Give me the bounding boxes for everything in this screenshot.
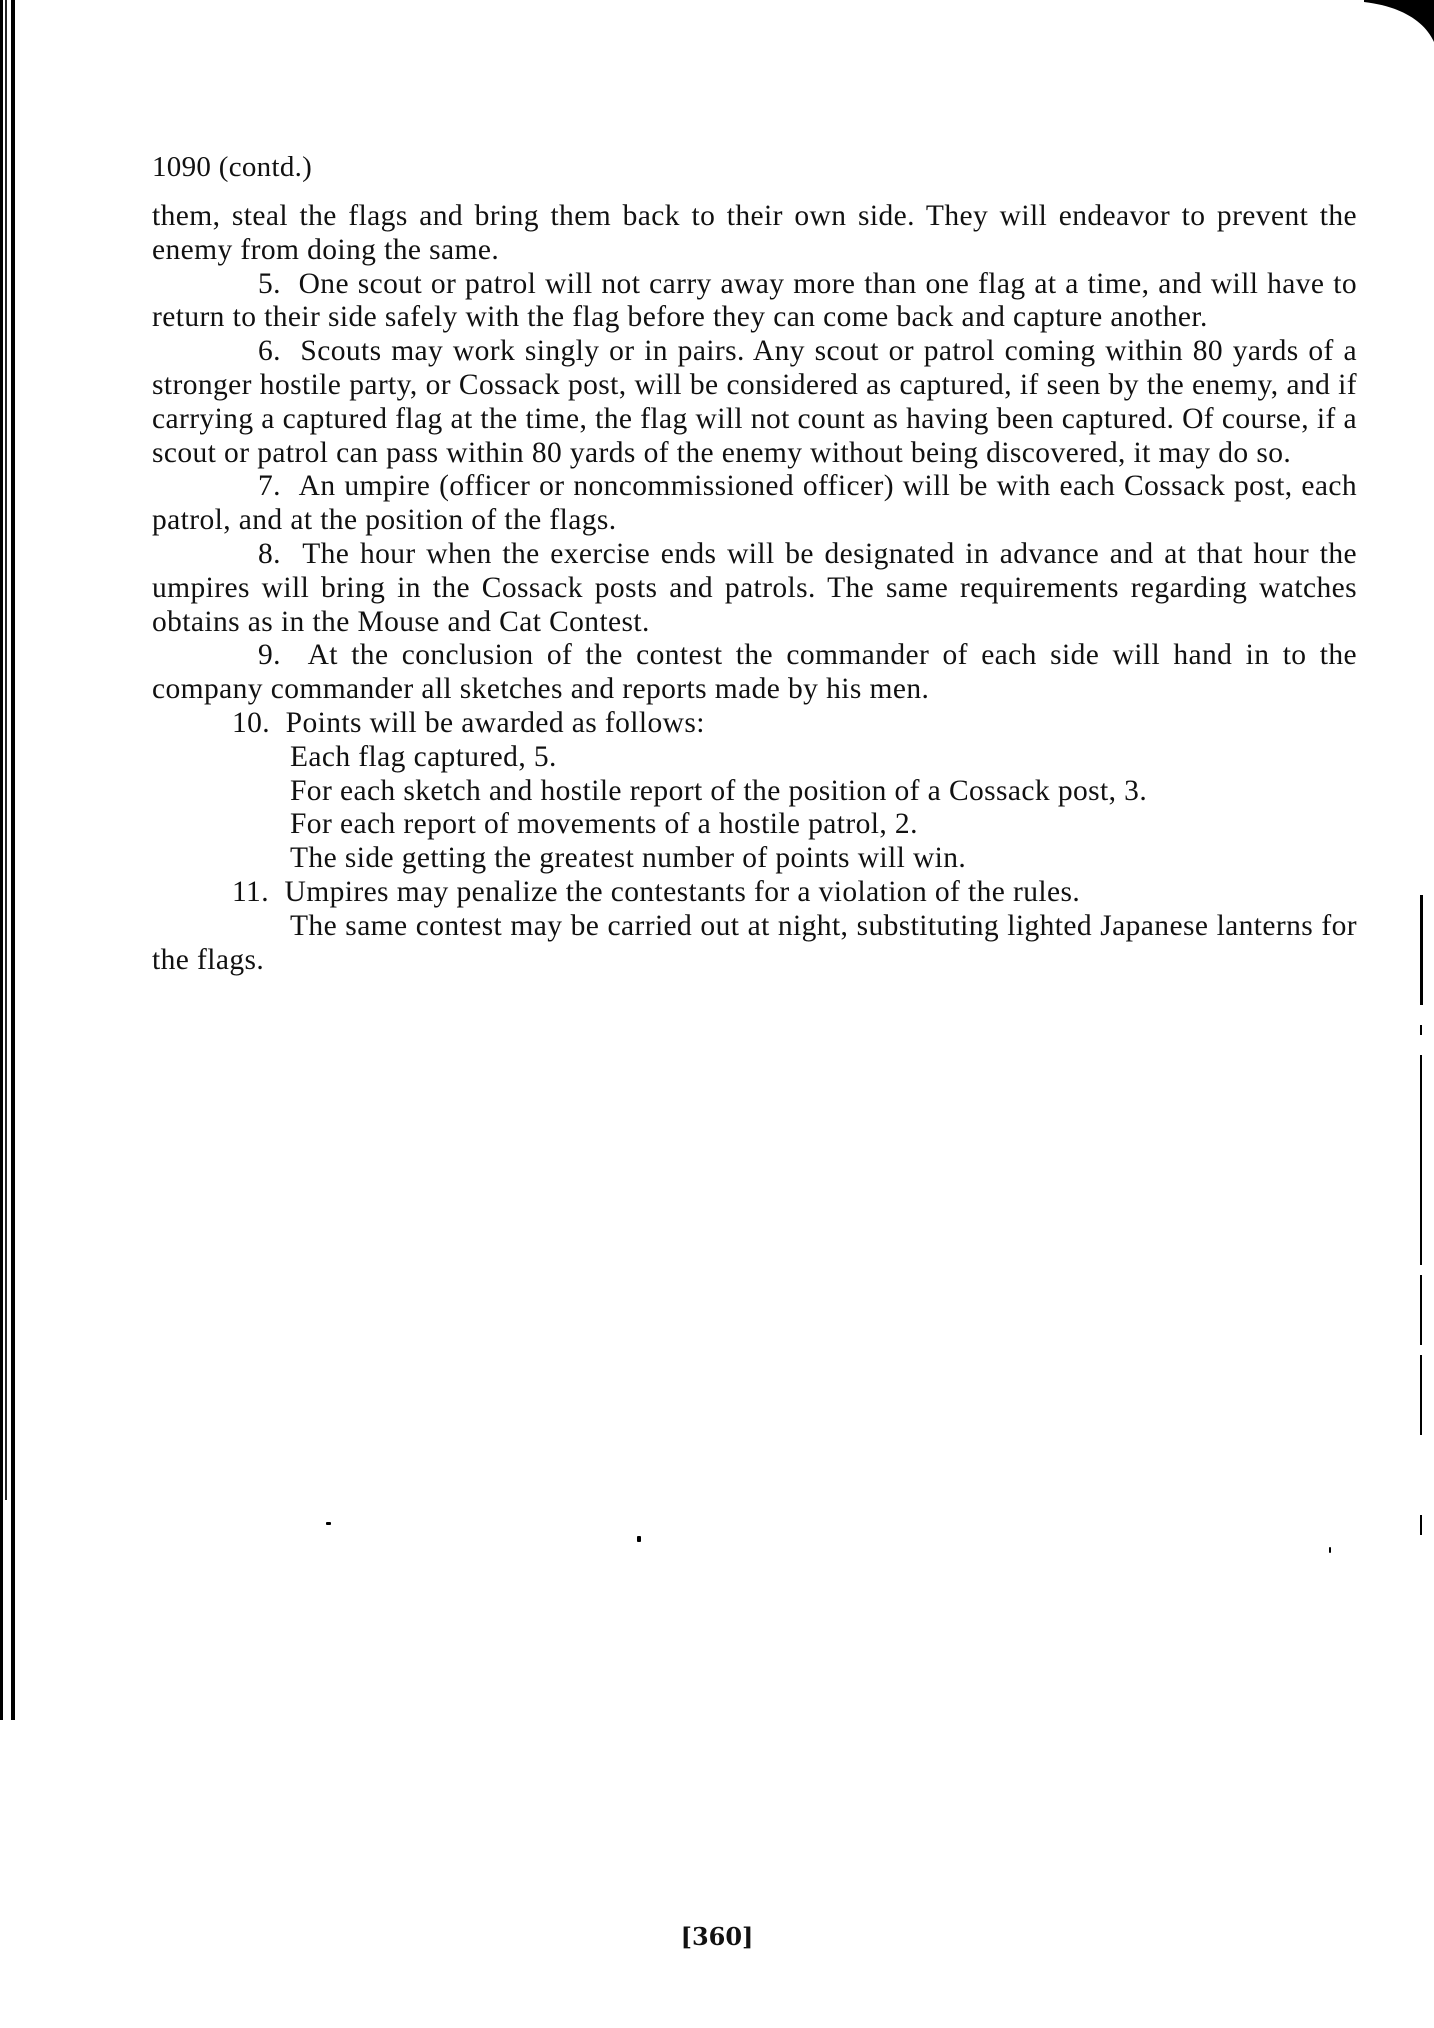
points-item: The side getting the greatest number of …	[152, 842, 1357, 876]
page-number: [360]	[0, 1922, 1434, 1951]
speck-artifact	[637, 1536, 641, 1542]
paragraph-number: 8.	[205, 538, 281, 572]
paragraph-text: One scout or patrol will not carry away …	[152, 268, 1357, 334]
paragraph-6: 6. Scouts may work singly or in pairs. A…	[152, 335, 1357, 470]
scan-edge-artifact	[0, 0, 20, 1720]
closing-paragraph: The same contest may be carried out at n…	[152, 910, 1357, 978]
margin-line-artifact	[1420, 895, 1423, 1555]
paragraph-number: 6.	[205, 335, 281, 369]
paragraph-5: 5. One scout or patrol will not carry aw…	[152, 268, 1357, 336]
paragraph-text: Umpires may penalize the contestants for…	[285, 876, 1081, 908]
document-body: them, steal the flags and bring them bac…	[152, 200, 1357, 977]
corner-fold-artifact	[1364, 0, 1434, 42]
points-item: For each report of movements of a hostil…	[152, 808, 1357, 842]
paragraph-11: 11. Umpires may penalize the contestants…	[152, 876, 1357, 910]
paragraph-text: Points will be awarded as follows:	[286, 707, 705, 739]
speck-artifact	[326, 1522, 331, 1525]
paragraph-text: Scouts may work singly or in pairs. Any …	[152, 335, 1357, 468]
document-page: 1090 (contd.) them, steal the flags and …	[152, 150, 1357, 977]
paragraph-text: At the conclusion of the contest the com…	[152, 639, 1357, 705]
speck-artifact	[1329, 1547, 1331, 1553]
points-item: Each flag captured, 5.	[152, 741, 1357, 775]
paragraph-9: 9. At the conclusion of the contest the …	[152, 639, 1357, 707]
paragraph-number: 9.	[205, 639, 281, 673]
paragraph-10: 10. Points will be awarded as follows:	[152, 707, 1357, 741]
paragraph-8: 8. The hour when the exercise ends will …	[152, 538, 1357, 639]
paragraph-text: An umpire (officer or noncommissioned of…	[152, 470, 1357, 536]
points-item: For each sketch and hostile report of th…	[152, 775, 1357, 809]
paragraph-continued: them, steal the flags and bring them bac…	[152, 200, 1357, 268]
section-label: 1090 (contd.)	[152, 150, 1357, 184]
paragraph-number: 7.	[205, 470, 281, 504]
paragraph-number: 5.	[205, 268, 281, 302]
paragraph-7: 7. An umpire (officer or noncommissioned…	[152, 470, 1357, 538]
paragraph-number: 11.	[192, 876, 269, 910]
paragraph-number: 10.	[192, 707, 270, 741]
paragraph-text: The hour when the exercise ends will be …	[152, 538, 1357, 638]
